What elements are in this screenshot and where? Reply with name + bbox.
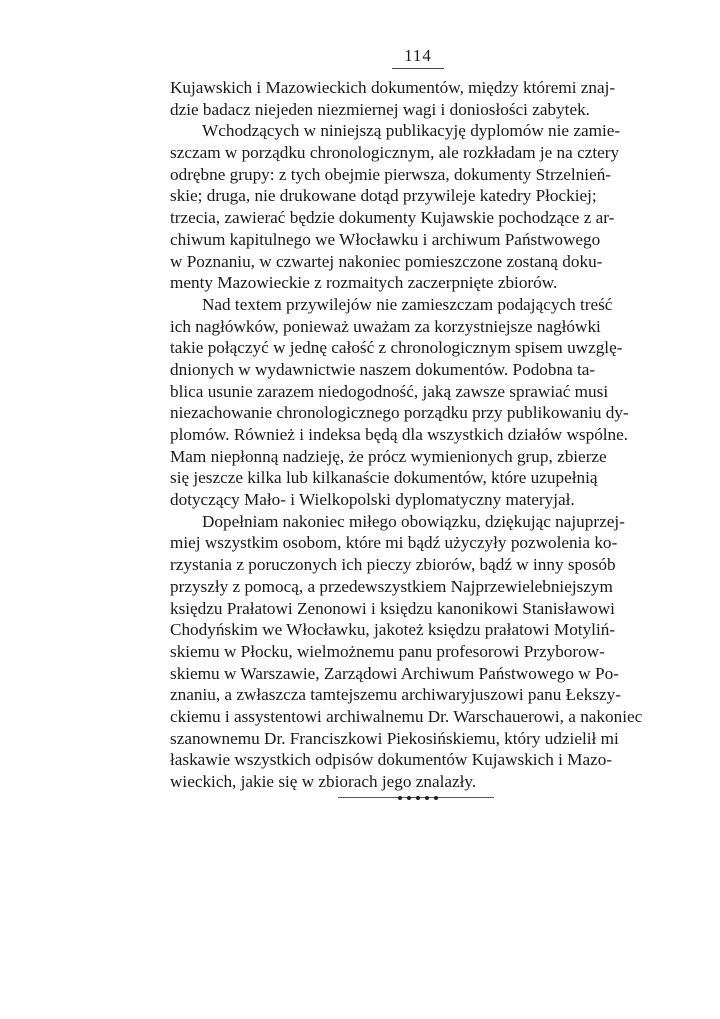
text-line: menty Mazowieckie z rozmaitych zaczerpni… <box>170 272 556 294</box>
text-line: skie; druga, nie drukowane dotąd przywil… <box>170 185 556 207</box>
text-line: rzystania z poruczonych ich pieczy zbior… <box>170 554 556 576</box>
text-line: chiwum kapitulnego we Włocławku i archiw… <box>170 229 556 251</box>
text-line: szczam w porządku chronologicznym, ale r… <box>170 142 556 164</box>
text-line: szanownemu Dr. Franciszkowi Piekosińskie… <box>170 728 556 750</box>
text-line: dnionych w wydawnictwie naszem dokumentó… <box>170 359 556 381</box>
end-ornament <box>338 795 494 801</box>
text-line: łaskawie wszystkich odpisów dokumentów K… <box>170 749 556 771</box>
text-line: blica usunie zarazem niedogodność, jaką … <box>170 381 556 403</box>
page-number: 114 <box>390 46 446 66</box>
text-line: odrębne grupy: z tych obejmie pierwsza, … <box>170 164 556 186</box>
text-line: w Poznaniu, w czwartej nakoniec pomieszc… <box>170 251 556 273</box>
body-text: Kujawskich i Mazowieckich dokumentów, mi… <box>170 77 556 793</box>
text-line: Dopełniam nakoniec miłego obowiązku, dzi… <box>170 511 556 533</box>
text-line: Chodyńskim we Włocławku, jakoteż księdzu… <box>170 619 556 641</box>
text-line: plomów. Również i indeksa będą dla wszys… <box>170 424 556 446</box>
text-line: wieckich, jakie się w zbiorach jego znal… <box>170 771 556 793</box>
text-line: dotyczący Mało- i Wielkopolski dyplomaty… <box>170 489 556 511</box>
text-line: Mam niepłonną nadzieję, że prócz wymieni… <box>170 446 556 468</box>
text-line: trzecia, zawierać będzie dokumenty Kujaw… <box>170 207 556 229</box>
text-line: Wchodzących w niniejszą publikacyję dypl… <box>170 120 556 142</box>
text-line: przyszły z pomocą, a przedewszystkiem Na… <box>170 576 556 598</box>
text-line: dzie badacz niejeden niezmiernej wagi i … <box>170 99 556 121</box>
ornament-dots-icon <box>398 795 438 800</box>
text-line: Kujawskich i Mazowieckich dokumentów, mi… <box>170 77 556 99</box>
page-number-underline <box>392 68 444 69</box>
text-line: niezachowanie chronologicznego porządku … <box>170 402 556 424</box>
text-line: takie połączyć w jednę całość z chronolo… <box>170 337 556 359</box>
text-line: znaniu, a zwłaszcza tamtejszemu archiwar… <box>170 684 556 706</box>
text-line: skiemu w Płocku, wielmożnemu panu profes… <box>170 641 556 663</box>
text-line: ckiemu i assystentowi archiwalnemu Dr. W… <box>170 706 556 728</box>
text-line: Nad textem przywilejów nie zamieszczam p… <box>170 294 556 316</box>
text-line: ich nagłówków, ponieważ uważam za korzys… <box>170 316 556 338</box>
text-line: skiemu w Warszawie, Zarządowi Archiwum P… <box>170 663 556 685</box>
text-line: się jeszcze kilka lub kilkanaście dokume… <box>170 467 556 489</box>
text-line: miej wszystkim osobom, które mi bądź uży… <box>170 532 556 554</box>
text-line: księdzu Prałatowi Zenonowi i księdzu kan… <box>170 598 556 620</box>
